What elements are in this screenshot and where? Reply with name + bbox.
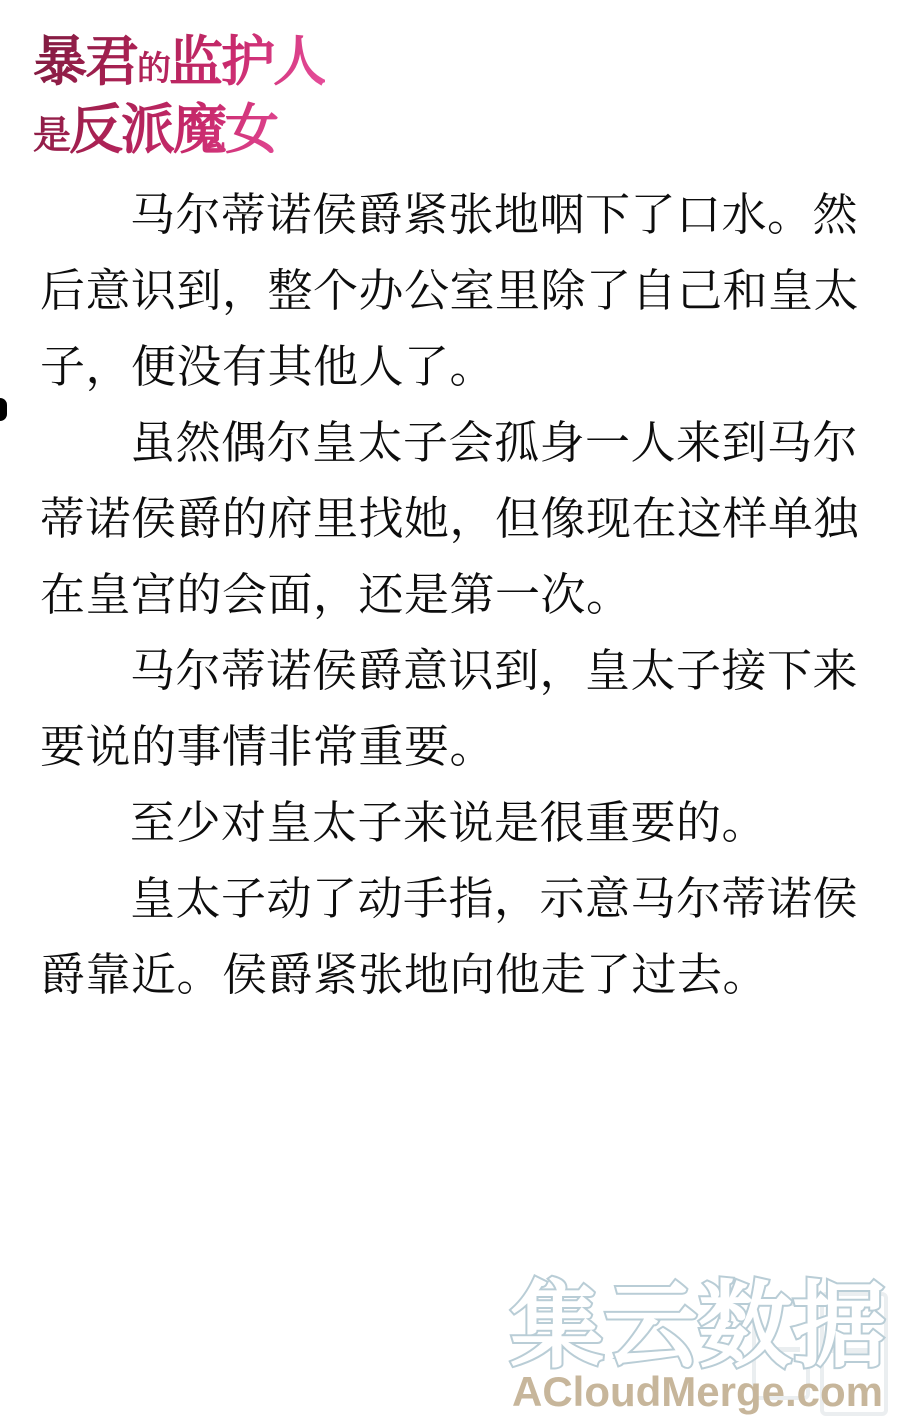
- story-paragraph: 至少对皇太子来说是很重要的。: [40, 785, 862, 861]
- series-title-line2: 是反派魔女: [33, 100, 325, 164]
- series-title-logo: 暴君的监护人 是反派魔女: [33, 30, 325, 164]
- story-paragraph: 皇太子动了动手指，示意马尔蒂诺侯爵靠近。侯爵紧张地向他走了过去。: [40, 861, 862, 1013]
- watermark-domain-text: ACloudMerge.com: [512, 1370, 883, 1414]
- story-paragraph: 马尔蒂诺侯爵紧张地咽下了口水。然后意识到，整个办公室里除了自己和皇太子，便没有其…: [40, 177, 862, 405]
- logo-text-segment: 是: [33, 112, 69, 157]
- logo-text-segment: 反派魔女: [69, 97, 277, 161]
- page-edge-artifact: [0, 398, 7, 421]
- story-paragraph: 虽然偶尔皇太子会孤身一人来到马尔蒂诺侯爵的府里找她，但像现在这样单独在皇宫的会面…: [40, 405, 862, 633]
- logo-text-segment: 的: [137, 49, 169, 89]
- series-title-line1: 暴君的监护人: [33, 30, 325, 100]
- logo-text-segment: 监护人: [169, 29, 325, 93]
- logo-text-segment: 暴君: [33, 29, 137, 93]
- story-text-block: 马尔蒂诺侯爵紧张地咽下了口水。然后意识到，整个办公室里除了自己和皇太子，便没有其…: [40, 177, 862, 1013]
- story-paragraph: 马尔蒂诺侯爵意识到，皇太子接下来要说的事情非常重要。: [40, 633, 862, 785]
- novel-text-page: 暴君的监护人 是反派魔女 马尔蒂诺侯爵紧张地咽下了口水。然后意识到，整个办公室里…: [0, 0, 900, 1423]
- watermark-cjk-text: 集云数据: [510, 1276, 886, 1376]
